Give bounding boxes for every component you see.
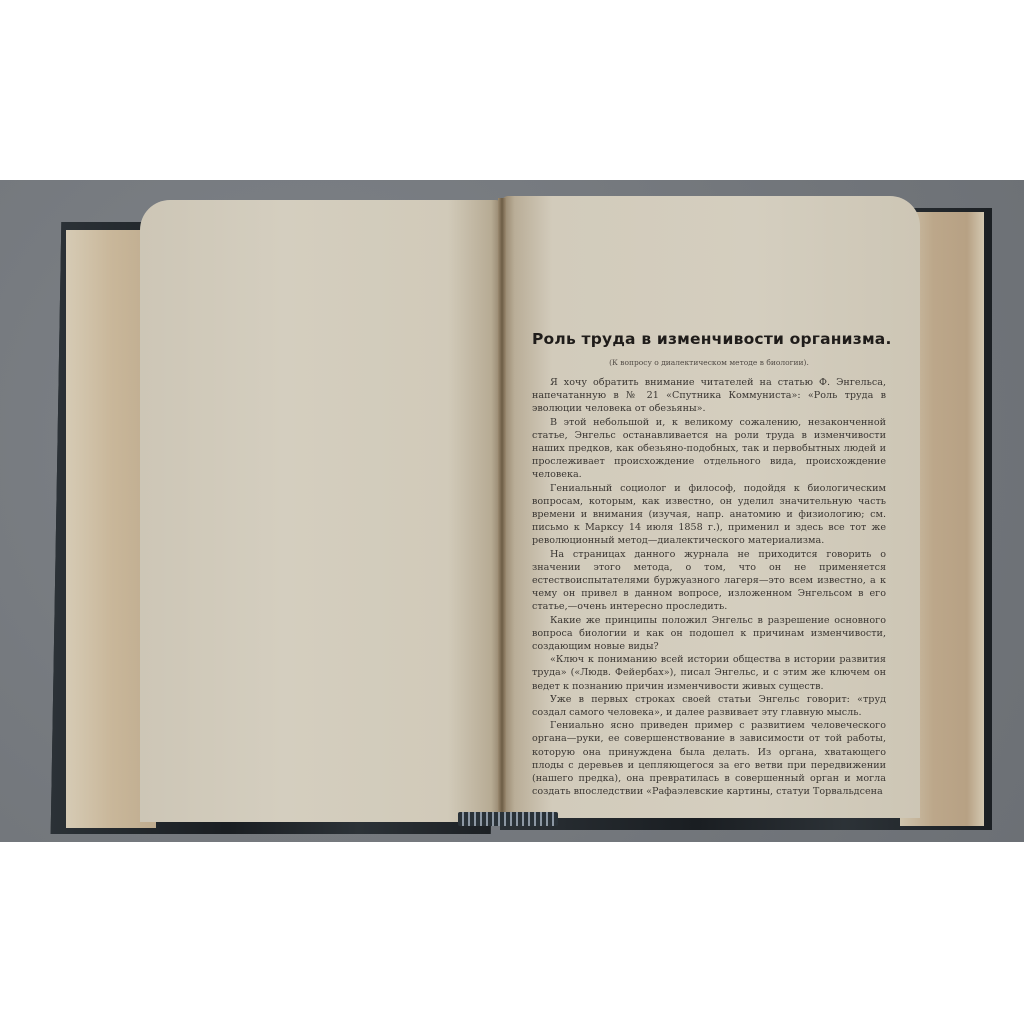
spine-binding <box>458 812 558 826</box>
paragraph: На страницах данного журнала не приходит… <box>532 548 886 614</box>
paragraph: Уже в первых строках своей статьи Энгель… <box>532 693 886 719</box>
paragraph: Я хочу обратить внимание читателей на ст… <box>532 376 886 416</box>
article-title: Роль труда в изменчивости организма. <box>532 330 886 348</box>
paragraph: В этой небольшой и, к великому сожалению… <box>532 416 886 482</box>
article-subtitle: (К вопросу о диалектическом методе в био… <box>532 358 886 367</box>
paragraph: «Ключ к пониманию всей истории общества … <box>532 653 886 693</box>
book-gutter <box>498 198 506 822</box>
paragraph: Гениально ясно приведен пример с развити… <box>532 719 886 798</box>
article: Роль труда в изменчивости организма. (К … <box>532 330 886 799</box>
paragraph: Какие же принципы положил Энгельс в разр… <box>532 614 886 654</box>
paragraph: Гениальный социолог и философ, подойдя к… <box>532 482 886 548</box>
left-page-blank <box>140 200 502 822</box>
